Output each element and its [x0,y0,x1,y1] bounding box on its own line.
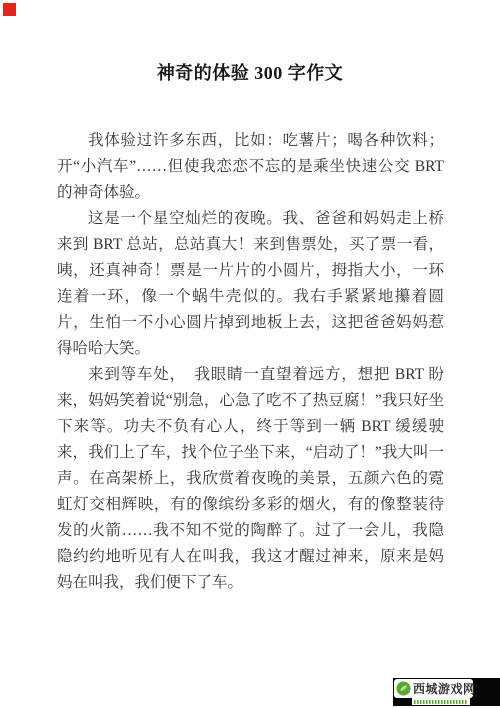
essay-title: 神奇的体验 300 字作文 [40,60,460,86]
watermark-site-name: 西城游戏网 [413,683,476,695]
leaf-logo-icon [396,681,411,696]
essay-body: 我体验过许多东西，比如：吃薯片；喝各种饮料；开“小汽车”……但使我恋恋不忘的是乘… [57,128,444,596]
essay-paragraph: 来到等车处， 我眼睛一直望着远方，想把 BRT 盼来，妈妈笑着说“别急，心急了吃… [57,362,444,596]
essay-paragraph: 这是一个星空灿烂的夜晚。我、爸爸和妈妈走上桥来到 BRT 总站，总站真大！来到售… [57,206,444,362]
watermark-label: 西城游戏网 [394,679,473,698]
microtext-pattern [414,700,468,704]
watermark: 西城游戏网 [393,678,500,706]
red-corner-marker [3,3,16,16]
watermark-tagline-microtext [412,698,470,705]
essay-paragraph: 我体验过许多东西，比如：吃薯片；喝各种饮料；开“小汽车”……但使我恋恋不忘的是乘… [57,128,444,206]
